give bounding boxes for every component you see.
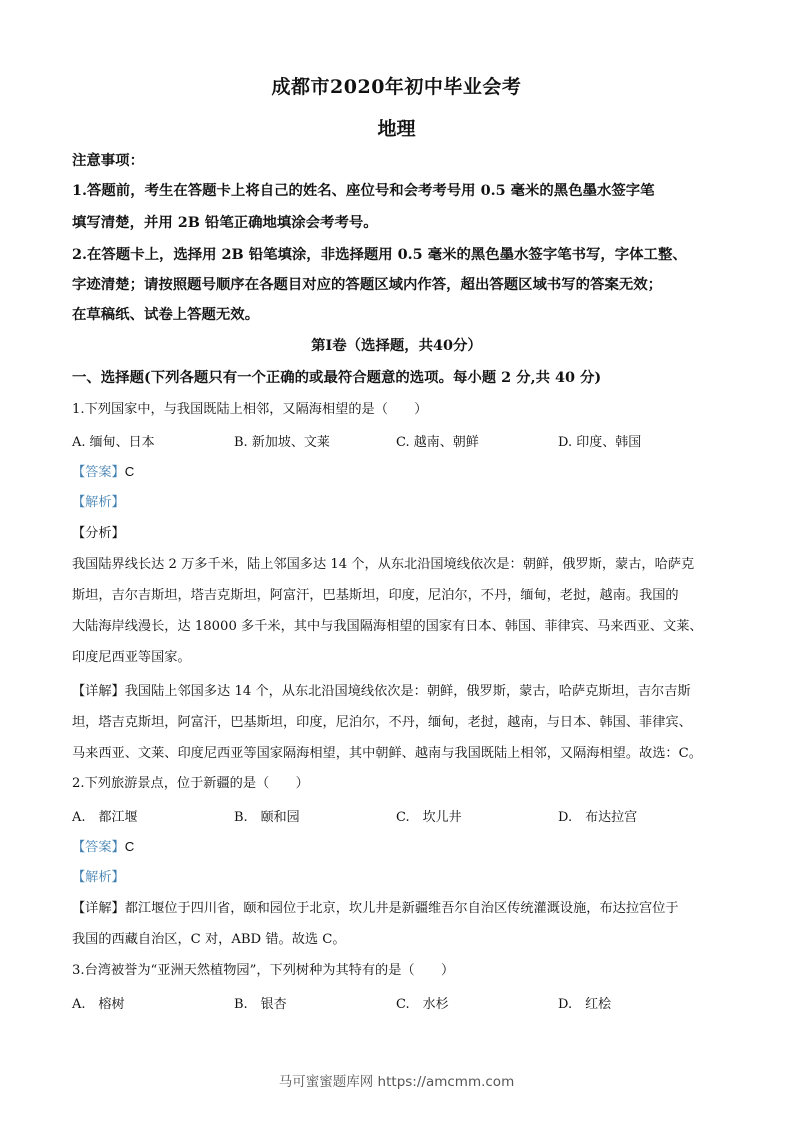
notice-line: 2.在答题卡上，选择用 2B 铅笔填涂，非选择题用 0.5 毫米的黑色墨水签字笔… bbox=[72, 246, 724, 264]
section-title: 第Ⅰ卷（选择题，共40分） bbox=[0, 337, 793, 355]
question-stem: 1.下列国家中，与我国既陆上相邻，又隔海相望的是（ ） bbox=[72, 401, 724, 419]
exam-title: 成都市2020年初中毕业会考 bbox=[0, 72, 793, 99]
question-stem: 2.下列旅游景点，位于新疆的是（ ） bbox=[72, 775, 724, 793]
detail-row: 【详解】都江堰位于四川省，颐和园位于北京，坎儿井是新疆维吾尔自治区传统灌溉设施，… bbox=[72, 900, 724, 918]
detail-line: 坦，塔吉克斯坦，阿富汗，巴基斯坦，印度，尼泊尔，不丹，缅甸，老挝，越南，与日本、… bbox=[72, 714, 724, 732]
detail-label: 【详解】 bbox=[72, 684, 125, 699]
notice-line: 字迹清楚；请按照题号顺序在各题目对应的答题区域内作答，超出答题区域书写的答案无效… bbox=[72, 276, 724, 294]
detail-line: 马来西亚、文莱、印度尼西亚等国家隔海相望，其中朝鲜、越南与我国既陆上相邻，又隔海… bbox=[72, 745, 724, 763]
breakdown-label: 【分析】 bbox=[72, 525, 724, 543]
option-d: D. 布达拉宫 bbox=[558, 806, 637, 825]
option-c: C. 坎儿井 bbox=[396, 806, 462, 825]
answer-row: 【答案】C bbox=[72, 463, 724, 482]
answer-label: 【答案】 bbox=[72, 840, 125, 855]
notice-line: 1.答题前，考生在答题卡上将自己的姓名、座位号和会考考号用 0.5 毫米的黑色墨… bbox=[72, 182, 724, 200]
notice-line: 填写清楚，并用 2B 铅笔正确地填涂会考考号。 bbox=[72, 214, 724, 232]
part-heading: 一、选择题(下列各题只有一个正确的或最符合题意的选项。每小题 2 分,共 40 … bbox=[72, 369, 724, 387]
notice-heading: 注意事项： bbox=[72, 152, 724, 170]
detail-text: 我国陆上邻国多达 14 个，从东北沿国境线依次是：朝鲜，俄罗斯，蒙古，哈萨克斯坦… bbox=[125, 684, 691, 699]
analysis-label: 【解析】 bbox=[72, 494, 724, 512]
option-a: A. 缅甸、日本 bbox=[72, 431, 155, 450]
analysis-label: 【解析】 bbox=[72, 869, 724, 887]
answer-row: 【答案】C bbox=[72, 838, 724, 857]
breakdown-line: 斯坦，吉尔吉斯坦，塔吉克斯坦，阿富汗，巴基斯坦，印度，尼泊尔，不丹，缅甸，老挝，… bbox=[72, 587, 724, 605]
option-d: D. 红桧 bbox=[558, 993, 611, 1012]
exam-subject: 地理 bbox=[0, 114, 793, 141]
question-stem: 3.台湾被誉为“亚洲天然植物园”，下列树种为其特有的是（ ） bbox=[72, 962, 724, 980]
exam-page: 成都市2020年初中毕业会考 地理 注意事项： 1.答题前，考生在答题卡上将自己… bbox=[0, 0, 793, 1122]
option-b: B. 新加坡、文莱 bbox=[234, 431, 330, 450]
breakdown-line: 大陆海岸线漫长，达 18000 多千米，其中与我国隔海相望的国家有日本、韩国、菲… bbox=[72, 618, 724, 636]
answer-value: C bbox=[125, 464, 135, 479]
detail-text: 都江堰位于四川省，颐和园位于北京，坎儿井是新疆维吾尔自治区传统灌溉设施，布达拉宫… bbox=[125, 901, 679, 916]
detail-row: 【详解】我国陆上邻国多达 14 个，从东北沿国境线依次是：朝鲜，俄罗斯，蒙古，哈… bbox=[72, 683, 724, 701]
option-b: B. 颐和园 bbox=[234, 806, 300, 825]
answer-value: C bbox=[125, 839, 135, 854]
option-c: C. 越南、朝鲜 bbox=[396, 431, 479, 450]
breakdown-line: 我国陆界线长达 2 万多千米，陆上邻国多达 14 个，从东北沿国境线依次是：朝鲜… bbox=[72, 556, 724, 574]
option-b: B. 银杏 bbox=[234, 993, 287, 1012]
footer-watermark: 马可蜜蜜题库网 https://amcmm.com bbox=[0, 1070, 793, 1090]
breakdown-line: 印度尼西亚等国家。 bbox=[72, 649, 724, 667]
option-a: A. 榕树 bbox=[72, 993, 125, 1012]
option-a: A. 都江堰 bbox=[72, 806, 138, 825]
notice-line: 在草稿纸、试卷上答题无效。 bbox=[72, 306, 724, 324]
answer-label: 【答案】 bbox=[72, 465, 125, 480]
detail-line: 我国的西藏自治区，C 对，ABD 错。故选 C。 bbox=[72, 931, 724, 949]
detail-label: 【详解】 bbox=[72, 901, 125, 916]
option-c: C. 水杉 bbox=[396, 993, 449, 1012]
option-d: D. 印度、韩国 bbox=[558, 431, 641, 450]
